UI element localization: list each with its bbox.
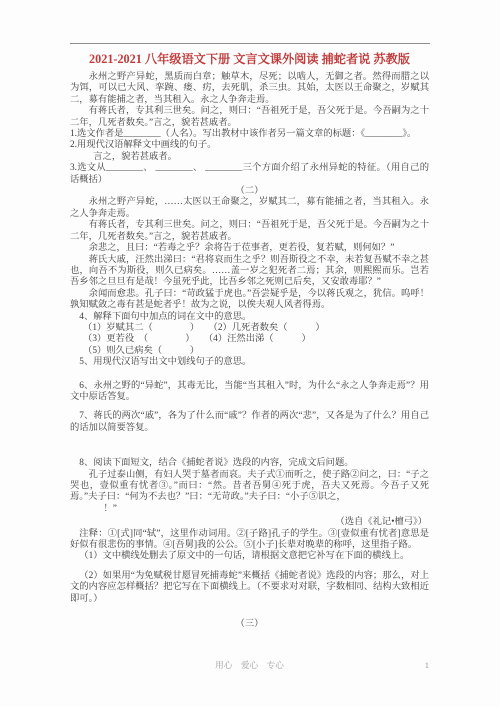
passage-7: 余闻而愈悲。孔子曰：“苛政猛于虎也。”吾尝疑乎是，今以蒋氏观之，犹信。呜呼！孰知… bbox=[70, 289, 429, 312]
document-content: 2021-2021 八年级语文下册 文言文课外阅读 捕蛇者说 苏教版 永州之野产… bbox=[70, 52, 429, 630]
question-4: 4、解释下面句中加点的词在文中的意思。 bbox=[70, 312, 429, 323]
question-4-item-5: （5）则久已病矣（ ） bbox=[83, 346, 429, 357]
header-rule bbox=[70, 43, 430, 44]
section-2-heading: （二） bbox=[70, 186, 429, 197]
screenshot-stage: 2021-2021 八年级语文下册 文言文课外阅读 捕蛇者说 苏教版 永州之野产… bbox=[0, 0, 500, 707]
passage-8-blank: ！” bbox=[70, 504, 429, 515]
question-1: 1.选文作者是________（人名）。写出教材中该作者另一篇文章的标题：《__… bbox=[70, 129, 429, 140]
question-6: 6、永州之野的“异蛇”，其毒无比，当能“当其租入”时，为什么“永之人争奔走焉”？… bbox=[70, 381, 429, 404]
question-2-quote: 言之，貌若甚戚者。 bbox=[70, 152, 429, 163]
passage-6: 蒋氏大戚，汪然出涕曰：“君将哀而生之乎？则吾斯役之不幸，未若复吾赋不幸之甚也，向… bbox=[70, 255, 429, 289]
question-4-item-1-2: （1）岁赋其二（ ） （2）几死者数矣（ ） bbox=[83, 323, 429, 334]
question-8-sub-1: （1）文中横线处删去了原文中的一句话，请根据文意把它补写在下面的横线上。 bbox=[70, 551, 429, 562]
annotations: 注释：①[式]同“轼”，这里作动词用。②[子路]孔子的学生。③[壹似重有忧者]意… bbox=[70, 529, 429, 552]
passage-8: 孔子过泰山侧，有妇人哭于墓者而哀。夫子式①而听之，使子路②问之，曰：“子之哭也，… bbox=[70, 470, 429, 504]
passage-4: 有蒋氏者，专其利三世矣。问之，则曰：“吾祖死于是，吾父死于是。今吾嗣为之十二年，… bbox=[70, 220, 429, 243]
question-2: 2.用现代汉语解释文中画线的句子。 bbox=[70, 140, 429, 151]
document-page: 2021-2021 八年级语文下册 文言文课外阅读 捕蛇者说 苏教版 永州之野产… bbox=[0, 0, 500, 707]
question-5: 5、用现代汉语写出文中划线句子的意思。 bbox=[70, 357, 429, 368]
source-attribution: （选自《礼记•檀弓》） bbox=[70, 517, 429, 528]
question-8: 8、阅读下面短文，结合《捕蛇者说》选段的内容，完成文后问题。 bbox=[70, 458, 429, 469]
question-3: 3.选文从________、 ________、 ________三个方面介绍了… bbox=[70, 163, 429, 186]
passage-5: 余悲之，且曰：“若毒之乎？余将告于莅事者，更若役，复若赋，则何如？” bbox=[70, 243, 429, 254]
question-8-sub-2: （2）如果用“为免赋税甘愿冒死捕毒蛇”来概括《捕蛇者说》选段的内容；那么，对上文… bbox=[70, 571, 429, 605]
question-7: 7、蒋氏的两次“戚”，各为了什么而“戚”？作者的两次“悲”，又各是为了什么？用自… bbox=[70, 411, 429, 434]
footer-motto: 用心 爱心 专心 bbox=[70, 660, 429, 671]
passage-1: 永州之野产异蛇，黑质而白章；触草木，尽死；以啮人，无御之者。然得而腊之以为饵，可… bbox=[70, 72, 429, 106]
document-title: 2021-2021 八年级语文下册 文言文课外阅读 捕蛇者说 苏教版 bbox=[70, 52, 429, 67]
question-4-item-3-4: （3）更若役 （ ） （4）汪然出涕（ ） bbox=[83, 334, 429, 345]
passage-2: 有蒋氏者，专其利三世矣。问之，则曰：“吾祖死于是，吾父死于是。今吾嗣为之十二年，… bbox=[70, 106, 429, 129]
page-footer: 用心 爱心 专心 1 bbox=[70, 660, 429, 671]
section-3-heading: （三） bbox=[70, 619, 429, 630]
page-number: 1 bbox=[425, 660, 429, 671]
blocks-container: 永州之野产异蛇，黑质而白章；触草木，尽死；以啮人，无御之者。然得而腊之以为饵，可… bbox=[70, 72, 429, 630]
passage-3: 永州之野产异蛇，……太医以王命聚之，岁赋其二，募有能捕之者，当其租入。永之人争奔… bbox=[70, 197, 429, 220]
